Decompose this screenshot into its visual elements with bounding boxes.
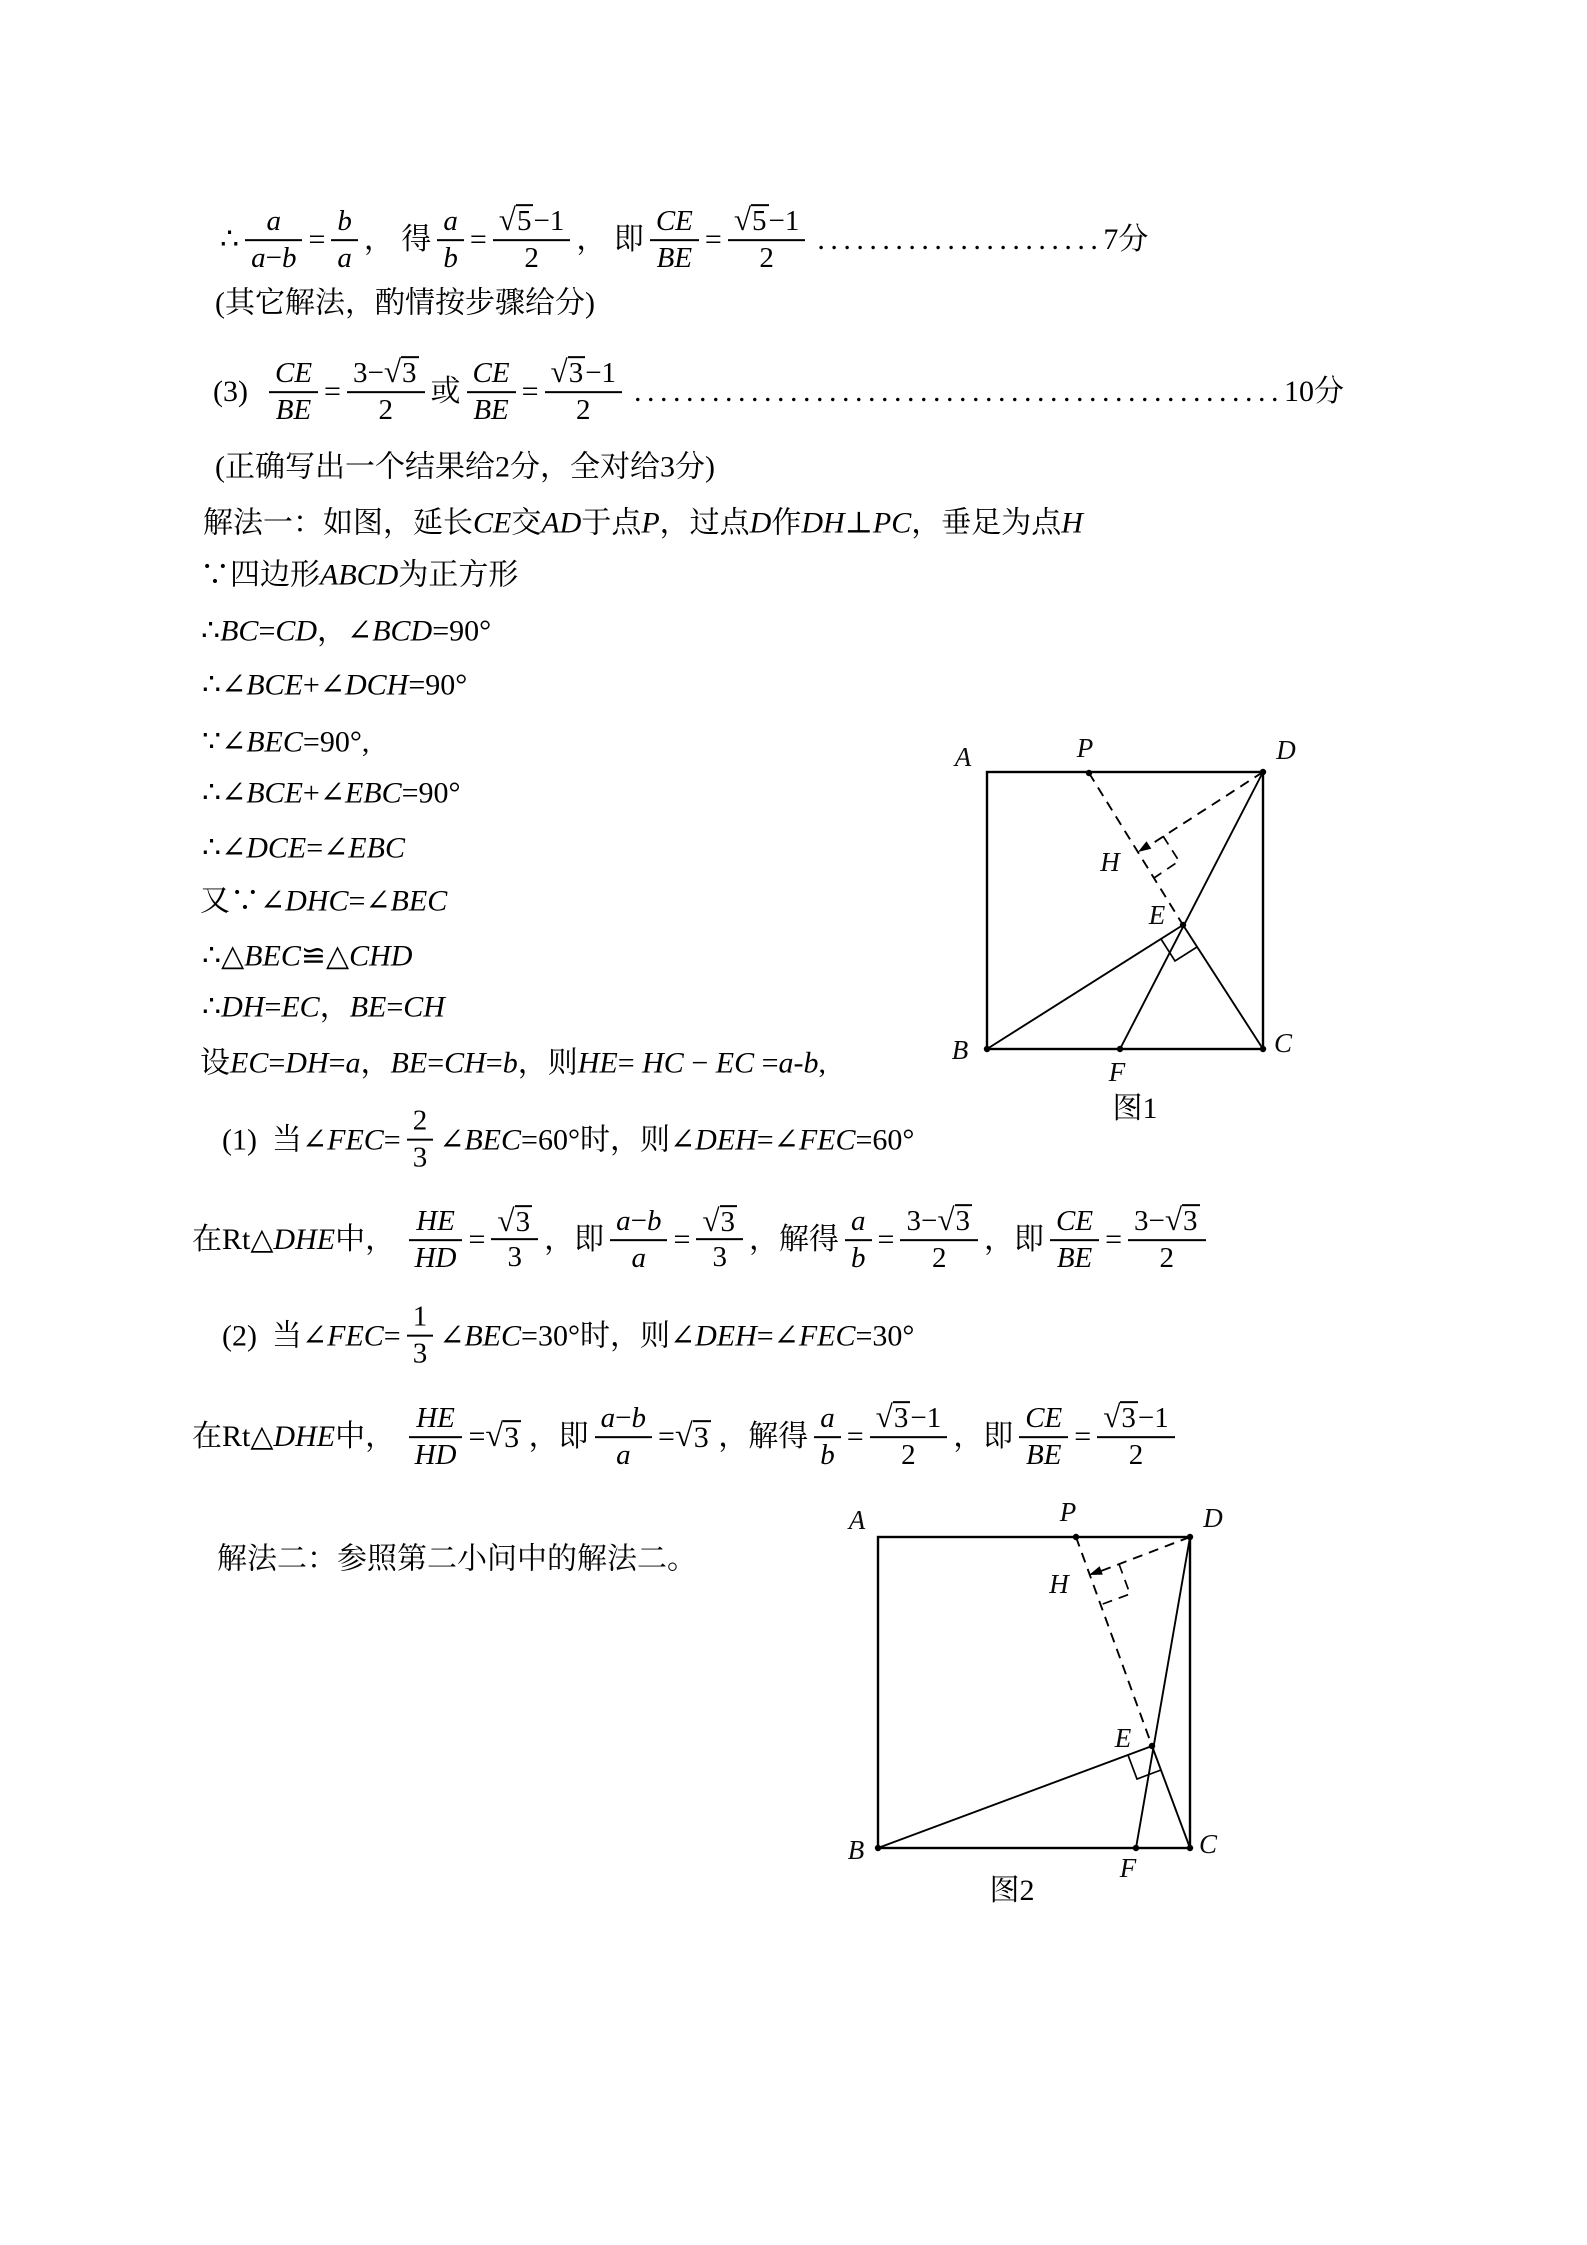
radical-sign: √ (1165, 1204, 1182, 1235)
fraction: CEBE (1019, 1401, 1068, 1474)
math-variable: HE (416, 1205, 455, 1238)
text-run: 2 (576, 395, 591, 428)
text-run: ，垂足为点 (911, 504, 1061, 542)
fraction: CEBE (1050, 1204, 1099, 1277)
fig2-line-E-C (1152, 1746, 1190, 1848)
fig2-label-E: E (1114, 1723, 1132, 1753)
text-run: 于点 (581, 504, 641, 542)
math-variable: a (601, 1402, 616, 1435)
math-variable: HD (415, 1242, 457, 1275)
text-run: 2 (524, 243, 539, 276)
text-run: = (878, 1221, 895, 1259)
fraction-denominator: BE (1020, 1438, 1067, 1473)
text-run: = (268, 1044, 285, 1082)
math-variable: EC (230, 1044, 268, 1082)
math-variable: BE (473, 394, 508, 427)
text-run: 1 (413, 1301, 428, 1334)
text-run: 或 (431, 373, 461, 411)
fig1-label-H: H (1099, 847, 1121, 877)
text-run: 为正方形 (398, 556, 518, 594)
fraction: a−ba (610, 1204, 667, 1277)
text-run: = (658, 1418, 675, 1456)
fraction-denominator: a (610, 1438, 637, 1473)
fraction-denominator: 2 (895, 1439, 922, 1474)
fig1-point-B (984, 1046, 990, 1052)
fraction-denominator: HD (409, 1438, 463, 1473)
fraction-numerator: b (331, 204, 358, 239)
fraction: 3−√32 (900, 1203, 978, 1277)
text-run: ，即 (544, 1221, 604, 1259)
radicand: 3 (568, 356, 586, 388)
math-variable: BEC (246, 723, 303, 761)
math-variable: HD (415, 1439, 457, 1472)
line-bec-90: ∵∠BEC=90°, (202, 723, 369, 761)
text-run: ∴∠ (202, 774, 246, 812)
math-variable: BCE (246, 774, 303, 812)
fraction-denominator: 2 (753, 242, 780, 277)
fraction-denominator: 2 (926, 1242, 953, 1277)
text-run: −1 (533, 205, 564, 238)
math-variable: CE (473, 357, 510, 390)
fraction-denominator: 2 (518, 242, 545, 277)
math-variable: BCE (246, 666, 303, 704)
math-variable: BEC (244, 937, 301, 975)
math-variable: a (346, 1044, 361, 1082)
math-variable: a (443, 205, 458, 238)
math-variable: DH (801, 504, 844, 542)
line-solution2: 解法二：参照第二小问中的解法二。 (217, 1540, 697, 1578)
fraction-numerator: √3 (491, 1204, 538, 1238)
square-root: √5 (499, 204, 534, 236)
text-run: ，过点 (660, 504, 750, 542)
text-run: = (522, 373, 539, 411)
fraction: ab (814, 1401, 841, 1474)
fraction-denominator: 2 (1154, 1242, 1181, 1277)
text-run: ，即 (953, 1418, 1013, 1456)
fraction-denominator: 2 (372, 394, 399, 429)
fraction: HEHD (409, 1204, 463, 1277)
square-root: √3 (551, 356, 586, 388)
line-solution1-intro: 解法一：如图，延长CE交AD于点P，过点D作DH⊥PC，垂足为点H (203, 504, 1083, 542)
fig2-label-P: P (1059, 1497, 1077, 1527)
radical-sign: √ (937, 1204, 954, 1235)
math-variable: BE (350, 988, 387, 1026)
fig1-right-angle-mark-H (1154, 836, 1179, 878)
text-run: ∴ (220, 221, 239, 259)
text-run: = (847, 1418, 864, 1456)
fig2-label-B: B (848, 1835, 865, 1865)
fraction-denominator: 2 (1123, 1439, 1150, 1474)
math-variable: DEH (695, 1121, 757, 1159)
text-run: 3 (507, 1242, 522, 1275)
math-variable: BE (276, 394, 311, 427)
text-run: ，解得 (711, 1418, 809, 1456)
math-variable: DH (221, 988, 264, 1026)
radicand: 3 (893, 1401, 911, 1433)
fraction-numerator: a−b (595, 1401, 652, 1436)
math-variable: EC (281, 988, 319, 1026)
radical-sign: √ (1103, 1401, 1120, 1432)
line-bc-eq-cd: ∴BC=CD，∠BCD=90° (201, 612, 491, 650)
fig2-point-D (1187, 1534, 1193, 1540)
math-variable: a (251, 242, 266, 275)
text-run: , (819, 1044, 827, 1082)
fraction: CEBE (269, 356, 318, 429)
fraction-numerator: CE (650, 204, 699, 239)
math-variable: a (632, 1242, 647, 1275)
fraction-denominator: a (331, 241, 358, 276)
text-run: 2 (759, 243, 774, 276)
fig1-label-E: E (1148, 900, 1166, 930)
fraction-denominator: BE (651, 241, 698, 276)
text-run: − (266, 242, 282, 275)
fraction-numerator: HE (410, 1204, 461, 1239)
text-run: 3− (1134, 1205, 1165, 1238)
fraction: CEBE (467, 356, 516, 429)
math-variable: FEC (799, 1317, 856, 1355)
square-root: √3 (702, 1205, 737, 1237)
text-run: 在Rt△ (192, 1418, 273, 1456)
fraction-denominator: 3 (407, 1141, 434, 1176)
math-variable: DEH (695, 1317, 757, 1355)
text-run: 3− (906, 1205, 937, 1238)
text-run: 交 (511, 504, 541, 542)
math-variable: BE (1026, 1439, 1061, 1472)
fraction: √33 (696, 1204, 743, 1276)
line-because-square: ∵四边形ABCD为正方形 (200, 556, 518, 594)
square-root: √5 (734, 204, 769, 236)
square-root: √3 (485, 1420, 521, 1454)
fraction-numerator: √5−1 (728, 203, 806, 239)
text-run: = (486, 1044, 503, 1082)
fraction: 3−√32 (347, 355, 425, 429)
radicand: 3 (401, 356, 419, 388)
fig1-line-B-E (987, 925, 1183, 1049)
math-variable: DH (285, 1044, 328, 1082)
line-dhc-eq-bec: 又∵∠DHC=∠BEC (200, 882, 447, 920)
fig2-arrowhead-at-H (1089, 1566, 1103, 1575)
math-variable: b (804, 1044, 819, 1082)
text-run: = (308, 221, 325, 259)
text-run: =∠ (757, 1317, 799, 1355)
text-run: =∠ (757, 1121, 799, 1159)
radicand: 5 (751, 204, 769, 236)
line-part3-result: (3) CEBE=3−√32或CEBE=√3−12...............… (213, 355, 1344, 429)
fraction-numerator: √3−1 (545, 355, 623, 391)
fraction-numerator: √3−1 (870, 1400, 948, 1436)
math-variable: BEC (464, 1121, 521, 1159)
fraction: ab (437, 204, 464, 277)
text-run: =∠ (348, 882, 390, 920)
text-run: 10分 (1284, 373, 1344, 411)
math-variable: b (820, 1439, 835, 1472)
text-run: 3− (353, 357, 384, 390)
radical-sign: √ (675, 1420, 693, 1452)
fig2-line-D-H-dashed (1101, 1537, 1190, 1571)
math-variable: P (641, 504, 659, 542)
fraction-numerator: a−b (610, 1204, 667, 1239)
math-variable: DCE (246, 829, 306, 867)
math-variable: b (632, 1402, 647, 1435)
text-run: ， 得 (364, 221, 432, 259)
text-run: = (386, 988, 403, 1026)
math-variable: a (820, 1402, 835, 1435)
math-variable: CE (473, 504, 511, 542)
text-run: −1 (1138, 1402, 1169, 1435)
text-run: =30° (855, 1317, 914, 1355)
square-root: √3 (675, 1420, 711, 1454)
math-variable: CE (1025, 1402, 1062, 1435)
fraction-numerator: 1 (407, 1300, 434, 1335)
math-variable: CE (656, 205, 693, 238)
text-run: ∴∠ (202, 829, 246, 867)
dotted-leader: ...................... (817, 221, 1103, 259)
square-root: √3 (1103, 1401, 1138, 1433)
text-run: =90° (402, 774, 461, 812)
fig2-label-A: A (847, 1505, 866, 1535)
fraction-numerator: HE (410, 1401, 461, 1436)
math-variable: FEC (327, 1317, 384, 1355)
text-run: = (618, 1044, 642, 1082)
radicand: 3 (515, 1205, 533, 1237)
radicand: 3 (720, 1205, 738, 1237)
fraction: ab (845, 1204, 872, 1277)
text-run: 3 (712, 1242, 727, 1275)
fraction-numerator: 3−√3 (1128, 1203, 1206, 1239)
line-note-scoring: (正确写出一个结果给2分，全对给3分) (215, 448, 715, 486)
fig2-label-C: C (1199, 1829, 1218, 1859)
fraction: a−ba (595, 1401, 652, 1474)
fraction-denominator: b (814, 1438, 841, 1473)
text-run: ，∠ (317, 612, 372, 650)
fig1-label-C: C (1274, 1028, 1293, 1058)
fig2-point-E (1149, 1743, 1155, 1749)
line-bce-plus-ebc: ∴∠BCE+∠EBC=90° (202, 774, 461, 812)
math-variable: HE (416, 1402, 455, 1435)
math-variable: BE (657, 242, 692, 275)
fig1-line-E-C (1183, 925, 1263, 1049)
dotted-leader: ........................................… (634, 373, 1284, 411)
math-variable: DHE (273, 1418, 335, 1456)
text-run: 3 (413, 1338, 428, 1371)
text-run: 作 (771, 504, 801, 542)
text-run: ， (361, 1044, 391, 1082)
square-root: √3 (937, 1204, 972, 1236)
text-run: =90° (432, 612, 491, 650)
text-run: 在Rt△ (192, 1221, 273, 1259)
math-variable: b (503, 1044, 518, 1082)
fraction-denominator: b (437, 241, 464, 276)
radical-sign: √ (499, 204, 516, 235)
fraction-numerator: √3−1 (1097, 1400, 1175, 1436)
fraction: √5−12 (493, 203, 571, 277)
fraction-denominator: HD (409, 1241, 463, 1276)
fig1-point-D (1260, 769, 1266, 775)
fig2-point-F (1133, 1845, 1139, 1851)
text-run: ≌△ (301, 937, 349, 975)
text-run: =60° (855, 1121, 914, 1159)
fraction-denominator: a (626, 1241, 653, 1276)
figure-2-diagram: A P D H E B F C 图2 (840, 1495, 1240, 1915)
text-run: −1 (910, 1402, 941, 1435)
text-run: ，即 (984, 1221, 1044, 1259)
line-note-other-methods: (其它解法，酌情按步骤给分) (215, 284, 595, 322)
fig1-label-F: F (1108, 1057, 1126, 1087)
square-root: √3 (384, 356, 419, 388)
text-run: 设 (200, 1044, 230, 1082)
math-variable: EBC (345, 774, 402, 812)
fig2-line-B-E (878, 1746, 1152, 1848)
text-run: − (684, 1044, 716, 1082)
fraction: √5−12 (728, 203, 806, 277)
math-variable: D (750, 504, 772, 542)
fraction: ba (331, 204, 358, 277)
text-run: = (258, 612, 275, 650)
radicand: 3 (955, 1204, 973, 1236)
text-run: = (1074, 1418, 1091, 1456)
line-case2: (2) 当∠FEC=13∠BEC=30°时，则∠DEH=∠FEC=30° (222, 1300, 914, 1373)
math-variable: EC (716, 1044, 754, 1082)
math-variable: BCD (372, 612, 432, 650)
fig1-label-A: A (953, 742, 972, 772)
fig1-label-P: P (1076, 733, 1094, 763)
text-run: = (324, 373, 341, 411)
fraction-denominator: b (845, 1241, 872, 1276)
text-run: = (384, 1317, 401, 1355)
fraction: aa−b (245, 204, 302, 277)
text-run: 2 (413, 1105, 428, 1138)
text-run: =∠ (306, 829, 348, 867)
math-variable: b (337, 205, 352, 238)
fig1-label-D: D (1275, 735, 1296, 765)
square-root: √3 (497, 1205, 532, 1237)
text-run: 2 (1160, 1243, 1175, 1276)
text-run: ⊥ (845, 504, 873, 542)
text-run: = (470, 221, 487, 259)
line-assign-variables: 设EC=DH=a，BE=CH=b，则HE= HC − EC =a-b, (200, 1044, 826, 1082)
math-variable: AD (541, 504, 581, 542)
math-variable: a (851, 1205, 866, 1238)
fraction-denominator: BE (1051, 1241, 1098, 1276)
math-variable: HC (642, 1044, 684, 1082)
text-run: −1 (769, 205, 800, 238)
text-run: =30°时，则∠ (521, 1317, 695, 1355)
fig2-label-H: H (1048, 1569, 1070, 1599)
text-run: − (615, 1402, 631, 1435)
text-run: 2 (932, 1243, 947, 1276)
text-run: 3 (413, 1142, 428, 1175)
text-run: − (631, 1205, 647, 1238)
fraction-numerator: a (814, 1401, 841, 1436)
math-variable: CE (275, 357, 312, 390)
radical-sign: √ (485, 1420, 503, 1452)
math-variable: DCH (345, 666, 408, 704)
math-variable: CH (403, 988, 445, 1026)
radical-sign: √ (384, 356, 401, 387)
text-run: 中， (335, 1418, 403, 1456)
fig2-point-P (1073, 1534, 1079, 1540)
math-variable: a (267, 205, 282, 238)
text-run: 又∵∠ (200, 882, 285, 920)
radicand: 3 (1182, 1204, 1200, 1236)
line-dh-eq-ec: ∴DH=EC，BE=CH (202, 988, 445, 1026)
text-run: ∴ (202, 988, 221, 1026)
text-run: 2 (378, 395, 393, 428)
math-variable: b (443, 242, 458, 275)
math-variable: b (282, 242, 297, 275)
fraction: 3−√32 (1128, 1203, 1206, 1277)
fig1-label-B: B (952, 1035, 969, 1065)
text-run: ，即 (521, 1418, 589, 1456)
text-run: +∠ (303, 774, 345, 812)
fraction: √33 (491, 1204, 538, 1276)
fig2-label-D: D (1202, 1503, 1223, 1533)
radicand: 3 (1120, 1401, 1138, 1433)
fraction-numerator: CE (1050, 1204, 1099, 1239)
text-run: (1) 当∠ (222, 1121, 327, 1159)
fraction-numerator: CE (467, 356, 516, 391)
text-run: ， (320, 988, 350, 1026)
fraction: CEBE (650, 204, 699, 277)
fig2-point-B (875, 1845, 881, 1851)
text-run: ∴∠ (202, 666, 246, 704)
fig1-point-C (1260, 1046, 1266, 1052)
math-variable: BE (391, 1044, 428, 1082)
text-run: =90° (408, 666, 467, 704)
math-variable: a (337, 242, 352, 275)
math-variable: a (779, 1044, 794, 1082)
fig2-caption: 图2 (990, 1874, 1035, 1907)
line-case2-calculation: 在Rt△DHE中， HEHD=√3 ，即a−ba=√3 ，解得ab=√3−12，… (192, 1400, 1181, 1474)
fraction-denominator: a−b (245, 241, 302, 276)
text-run: 解法二：参照第二小问中的解法二。 (217, 1540, 697, 1578)
line-dce-eq-ebc: ∴∠DCE=∠EBC (202, 829, 405, 867)
text-run: = (384, 1121, 401, 1159)
math-variable: BE (1057, 1242, 1092, 1275)
text-run: 解法一：如图，延长 (203, 504, 473, 542)
fraction: √3−12 (870, 1400, 948, 1474)
math-variable: ABCD (320, 556, 398, 594)
text-run: ， 即 (576, 221, 644, 259)
text-run: 2 (901, 1440, 916, 1473)
math-variable: DHC (285, 882, 348, 920)
math-variable: H (1061, 504, 1083, 542)
text-run: =90°, (303, 723, 369, 761)
fraction-denominator: 3 (407, 1337, 434, 1372)
text-run: ∠ (439, 1121, 464, 1159)
figure-1-diagram: A P D H E B F C 图1 (930, 715, 1310, 1135)
fraction-numerator: CE (269, 356, 318, 391)
text-run: ∴△ (202, 937, 244, 975)
text-run: 2 (1129, 1440, 1144, 1473)
math-variable: PC (873, 504, 911, 542)
fraction-numerator: √5−1 (493, 203, 571, 239)
radical-sign: √ (702, 1205, 719, 1236)
line-congruent-triangles: ∴△BEC≌△CHD (202, 937, 412, 975)
line-case1-calculation: 在Rt△DHE中， HEHD=√33，即a−ba=√33，解得ab=3−√32，… (192, 1203, 1212, 1277)
document-page: ∴aa−b=ba， 得ab=√5−12， 即CEBE=√5−12........… (0, 0, 1587, 2245)
text-run: ∴ (201, 612, 220, 650)
fraction-numerator: CE (1019, 1401, 1068, 1436)
fraction: 23 (407, 1104, 434, 1177)
text-run: 中， (335, 1221, 403, 1259)
radical-sign: √ (876, 1401, 893, 1432)
math-variable: FEC (799, 1121, 856, 1159)
text-run: ∵四边形 (200, 556, 320, 594)
text-run: =60°时，则∠ (521, 1121, 695, 1159)
fraction-numerator: √3 (696, 1204, 743, 1238)
math-variable: BEC (464, 1317, 521, 1355)
